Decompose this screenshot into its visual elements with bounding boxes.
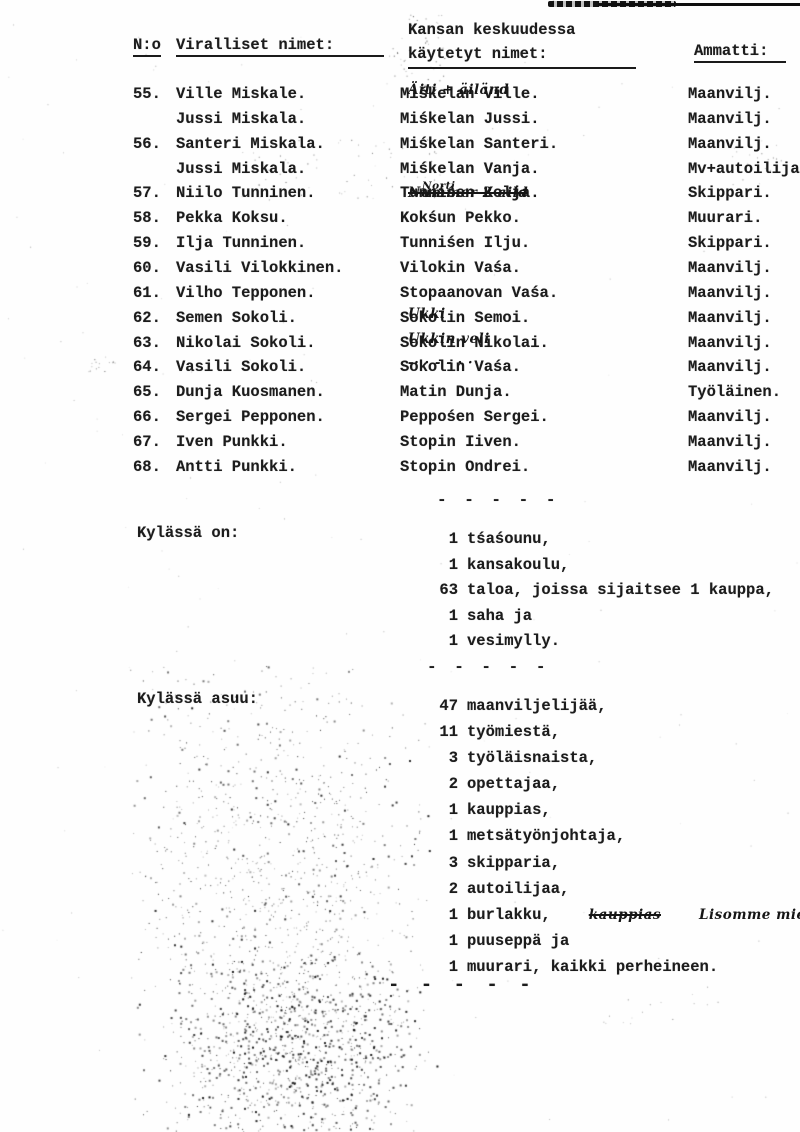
occupation: Maanvilj.	[688, 281, 772, 306]
item-text: tśaśounu,	[467, 530, 551, 548]
list-item: 1tśaśounu,	[432, 527, 800, 553]
column-header-used-names-line2: käytetyt nimet:	[408, 42, 636, 69]
occupation: Maanvilj.	[688, 306, 772, 331]
item-text: metsätyönjohtaja,	[467, 827, 625, 845]
table-row: 57. Niilo Tunninen. Tunniśen Kolja.Norti…	[0, 181, 800, 206]
item-text: vesimylly.	[467, 632, 560, 650]
official-name: Sergei Pepponen.	[176, 405, 325, 430]
row-number: 64.	[133, 355, 161, 380]
item-text: kansakoulu,	[467, 556, 569, 574]
item-text: maanviljelijää,	[467, 697, 607, 715]
item-count: 63	[432, 578, 458, 604]
occupation: Maanvilj.	[688, 430, 772, 455]
column-header-used-names-line1: Kansan keskuudessa	[408, 18, 636, 42]
item-count: 3	[432, 850, 458, 876]
table-row: 67. Iven Punkki. Stopin Iiven. Maanvilj.	[0, 430, 800, 455]
occupation: Maanvilj.	[688, 256, 772, 281]
used-name-text: Vilokin Vaśa.	[400, 256, 521, 281]
item-text: puuseppä ja	[467, 932, 569, 950]
item-text: muurari, kaikki perheineen.	[467, 958, 718, 976]
row-number: 65.	[133, 380, 161, 405]
name-table: 55. Ville Miskale. Miśkelan Ville.Äiti +…	[0, 82, 800, 480]
occupation: Skippari.	[688, 231, 772, 256]
list-item: 1puuseppä ja	[432, 928, 800, 954]
item-count: 1	[432, 928, 458, 954]
list-item: 1metsätyönjohtaja,	[432, 823, 800, 849]
scan-artifact-line	[598, 3, 800, 6]
handwritten-note: Äiti + äiländ	[408, 78, 509, 103]
table-row: 64. Vasili Sokoli. Sokolin Vaśa.-· · ‐ ‐…	[0, 355, 800, 380]
table-row: 61. Vilho Tepponen. Stopaanovan Vaśa. Ma…	[0, 281, 800, 306]
handwritten-note-struck: kauppias	[589, 907, 661, 923]
official-name: Antti Punkki.	[176, 455, 297, 480]
item-count: 1	[432, 954, 458, 980]
village-lives-list: 47maanviljelijää, 11työmiestä, 3työläisn…	[432, 693, 800, 980]
used-name-text: Miśkelan Santeri.	[400, 132, 558, 157]
list-item: 2autoilijaa,	[432, 876, 800, 902]
item-count: 2	[432, 876, 458, 902]
column-header-number: N:o	[133, 36, 161, 57]
list-item: 2opettajaa,	[432, 771, 800, 797]
used-name-text: Kokśun Pekko.	[400, 206, 521, 231]
item-count: 1	[432, 604, 458, 630]
column-header-occupation: Ammatti:	[694, 42, 786, 63]
used-name-text: Matin Dunja.	[400, 380, 512, 405]
item-text: saha ja	[467, 607, 532, 625]
village-has-list: 1tśaśounu, 1kansakoulu, 63taloa, joissa …	[432, 527, 800, 655]
item-count: 1	[432, 553, 458, 579]
row-number: 58.	[133, 206, 161, 231]
handwritten-note: -· · ‐ ‐ · ·	[408, 351, 473, 376]
table-row: 59. Ilja Tunninen. Tunniśen Ilju. Skippa…	[0, 231, 800, 256]
table-row: 63. Nikolai Sokoli. Sokolin Nikolai.Ukki…	[0, 331, 800, 356]
section-label-village-has: Kylässä on:	[137, 524, 239, 542]
list-item: 11työmiestä,	[432, 719, 800, 745]
dash-separator: - - - - -	[437, 491, 559, 509]
row-number: 55.	[133, 82, 161, 107]
table-row: 58. Pekka Koksu. Kokśun Pekko. Muurari.	[0, 206, 800, 231]
occupation: Skippari.	[688, 181, 772, 206]
official-name: Dunja Kuosmanen.	[176, 380, 325, 405]
item-text: skipparia,	[467, 854, 560, 872]
list-item: 3työläisnaista,	[432, 745, 800, 771]
table-row: 60. Vasili Vilokkinen. Vilokin Vaśa. Maa…	[0, 256, 800, 281]
official-name: Nikolai Sokoli.	[176, 331, 316, 356]
official-name: Jussi Miskala.	[176, 107, 306, 132]
occupation: Muurari.	[688, 206, 762, 231]
table-row: 65. Dunja Kuosmanen. Matin Dunja. Työläi…	[0, 380, 800, 405]
section-label-village-lives: Kylässä asuu:	[137, 690, 258, 708]
list-item: 1kansakoulu,	[432, 553, 800, 579]
occupation: Maanvilj.	[688, 107, 772, 132]
used-name-text: Miśkelan Jussi.	[400, 107, 540, 132]
occupation: Mv+autoilija	[688, 157, 800, 182]
list-item: 47maanviljelijää,	[432, 693, 800, 719]
official-name: Pekka Koksu.	[176, 206, 288, 231]
used-name-text: Peppośen Sergei.	[400, 405, 549, 430]
official-name: Vasili Sokoli.	[176, 355, 306, 380]
table-row: 62. Semen Sokoli. Sokolin Semoi.Ukki Maa…	[0, 306, 800, 331]
used-name-text: Miśkelan Vanja.	[400, 157, 540, 182]
list-item: 1saha ja	[432, 604, 800, 630]
item-text: taloa, joissa sijaitsee 1 kauppa,	[467, 581, 774, 599]
item-count: 47	[432, 693, 458, 719]
row-number: 66.	[133, 405, 161, 430]
official-name: Vasili Vilokkinen.	[176, 256, 343, 281]
occupation: Maanvilj.	[688, 355, 772, 380]
occupation: Maanvilj.	[688, 132, 772, 157]
row-number: 57.	[133, 181, 161, 206]
item-count: 2	[432, 771, 458, 797]
column-header-occupation-text: Ammatti:	[694, 42, 786, 63]
list-item: 1vesimylly.	[432, 629, 800, 655]
item-text: kauppias,	[467, 801, 551, 819]
occupation: Maanvilj.	[688, 405, 772, 430]
official-name: Ilja Tunninen.	[176, 231, 306, 256]
list-item: 3skipparia,	[432, 850, 800, 876]
row-number: 60.	[133, 256, 161, 281]
occupation: Työläinen.	[688, 380, 781, 405]
table-row: 66. Sergei Pepponen. Peppośen Sergei. Ma…	[0, 405, 800, 430]
item-count: 1	[432, 797, 458, 823]
column-header-number-text: N:o	[133, 36, 161, 57]
list-item: 1burlakku,kauppiasLisomme mies	[432, 902, 800, 928]
used-name-text: Tunniśen Ilju.	[400, 231, 530, 256]
item-text: burlakku,	[467, 906, 551, 924]
used-name-text: Stopin Ondrei.	[400, 455, 530, 480]
scanned-document-page: N:o Viralliset nimet: Kansan keskuudessa…	[0, 0, 800, 1132]
table-row: 55. Ville Miskale. Miśkelan Ville.Äiti +…	[0, 82, 800, 107]
item-count: 3	[432, 745, 458, 771]
list-item: 63taloa, joissa sijaitsee 1 kauppa,	[432, 578, 800, 604]
official-name: Santeri Miskala.	[176, 132, 325, 157]
column-header-official-names-text: Viralliset nimet:	[176, 36, 384, 57]
handwritten-note: Ukkin veli	[408, 327, 490, 352]
item-count: 1	[432, 902, 458, 928]
item-count: 1	[432, 629, 458, 655]
official-name: Iven Punkki.	[176, 430, 288, 455]
row-number: 61.	[133, 281, 161, 306]
row-number: 62.	[133, 306, 161, 331]
official-name: Jussi Miskala.	[176, 157, 306, 182]
table-row: Jussi Miskala. Miśkelan Jussi. Maanvilj.	[0, 107, 800, 132]
dash-separator: - - - - -	[427, 658, 549, 676]
row-number: 67.	[133, 430, 161, 455]
item-text: työläisnaista,	[467, 749, 597, 767]
column-header-used-names: Kansan keskuudessa käytetyt nimet:	[408, 18, 636, 69]
official-name: Niilo Tunninen.	[176, 181, 316, 206]
table-row: Jussi Miskala. Miśkelan Vanja. Mv+autoil…	[0, 157, 800, 182]
item-text: työmiestä,	[467, 723, 560, 741]
row-number: 56.	[133, 132, 161, 157]
item-count: 11	[432, 719, 458, 745]
table-row: 68. Antti Punkki. Stopin Ondrei. Maanvil…	[0, 455, 800, 480]
row-number: 63.	[133, 331, 161, 356]
handwritten-note: Lisomme mies	[699, 907, 800, 923]
column-header-official-names: Viralliset nimet:	[176, 36, 384, 57]
official-name: Semen Sokoli.	[176, 306, 297, 331]
item-count: 1	[432, 527, 458, 553]
item-text: opettajaa,	[467, 775, 560, 793]
row-number: 59.	[133, 231, 161, 256]
list-item: 1muurari, kaikki perheineen.	[432, 954, 800, 980]
row-number: 68.	[133, 455, 161, 480]
official-name: Ville Miskale.	[176, 82, 306, 107]
occupation: Maanvilj.	[688, 82, 772, 107]
occupation: Maanvilj.	[688, 331, 772, 356]
item-text: autoilijaa,	[467, 880, 569, 898]
table-row: 56. Santeri Miskala. Miśkelan Santeri. M…	[0, 132, 800, 157]
handwritten-note-struck: Nummer 2 aild	[408, 181, 528, 206]
item-count: 1	[432, 823, 458, 849]
official-name: Vilho Tepponen.	[176, 281, 316, 306]
list-item: 1kauppias,	[432, 797, 800, 823]
used-name-text: Stopin Iiven.	[400, 430, 521, 455]
handwritten-note: Ukki	[408, 302, 446, 327]
occupation: Maanvilj.	[688, 455, 772, 480]
